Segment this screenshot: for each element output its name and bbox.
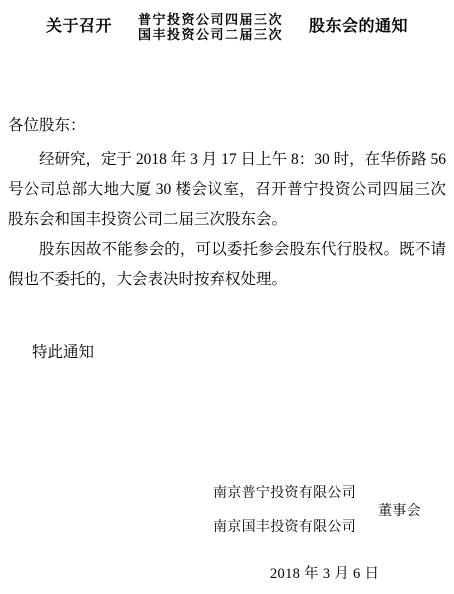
- paragraph-proxy-rules: 股东因故不能参会的，可以委托参会股东代行股权。既不请假也不委托的，大会表决时按弃…: [8, 235, 446, 295]
- title-stacked-line2: 国丰投资公司二届三次: [138, 27, 283, 42]
- title-suffix: 股东会的通知: [309, 17, 408, 37]
- title-stacked-companies: 普宁投资公司四届三次 国丰投资公司二届三次: [138, 12, 283, 42]
- signature-company-2: 南京国丰投资有限公司: [213, 520, 356, 536]
- closing-note: 特此通知: [8, 338, 446, 368]
- paragraph-meeting-details: 经研究，定于 2018 年 3 月 17 日上午 8：30 时，在华侨路 56 …: [8, 145, 446, 235]
- signature-signer: 董事会: [378, 504, 421, 520]
- signature-date: 2018 年 3 月 6 日: [270, 566, 379, 582]
- document-body: 各位股东： 经研究，定于 2018 年 3 月 17 日上午 8：30 时，在华…: [8, 111, 446, 368]
- document-title: 关于召开 普宁投资公司四届三次 国丰投资公司二届三次 股东会的通知: [0, 12, 454, 42]
- title-stacked-line1: 普宁投资公司四届三次: [138, 12, 283, 27]
- document-page: 关于召开 普宁投资公司四届三次 国丰投资公司二届三次 股东会的通知 各位股东： …: [0, 0, 454, 594]
- salutation: 各位股东：: [8, 111, 446, 141]
- title-prefix: 关于召开: [46, 17, 112, 37]
- signature-company-1: 南京普宁投资有限公司: [213, 486, 356, 502]
